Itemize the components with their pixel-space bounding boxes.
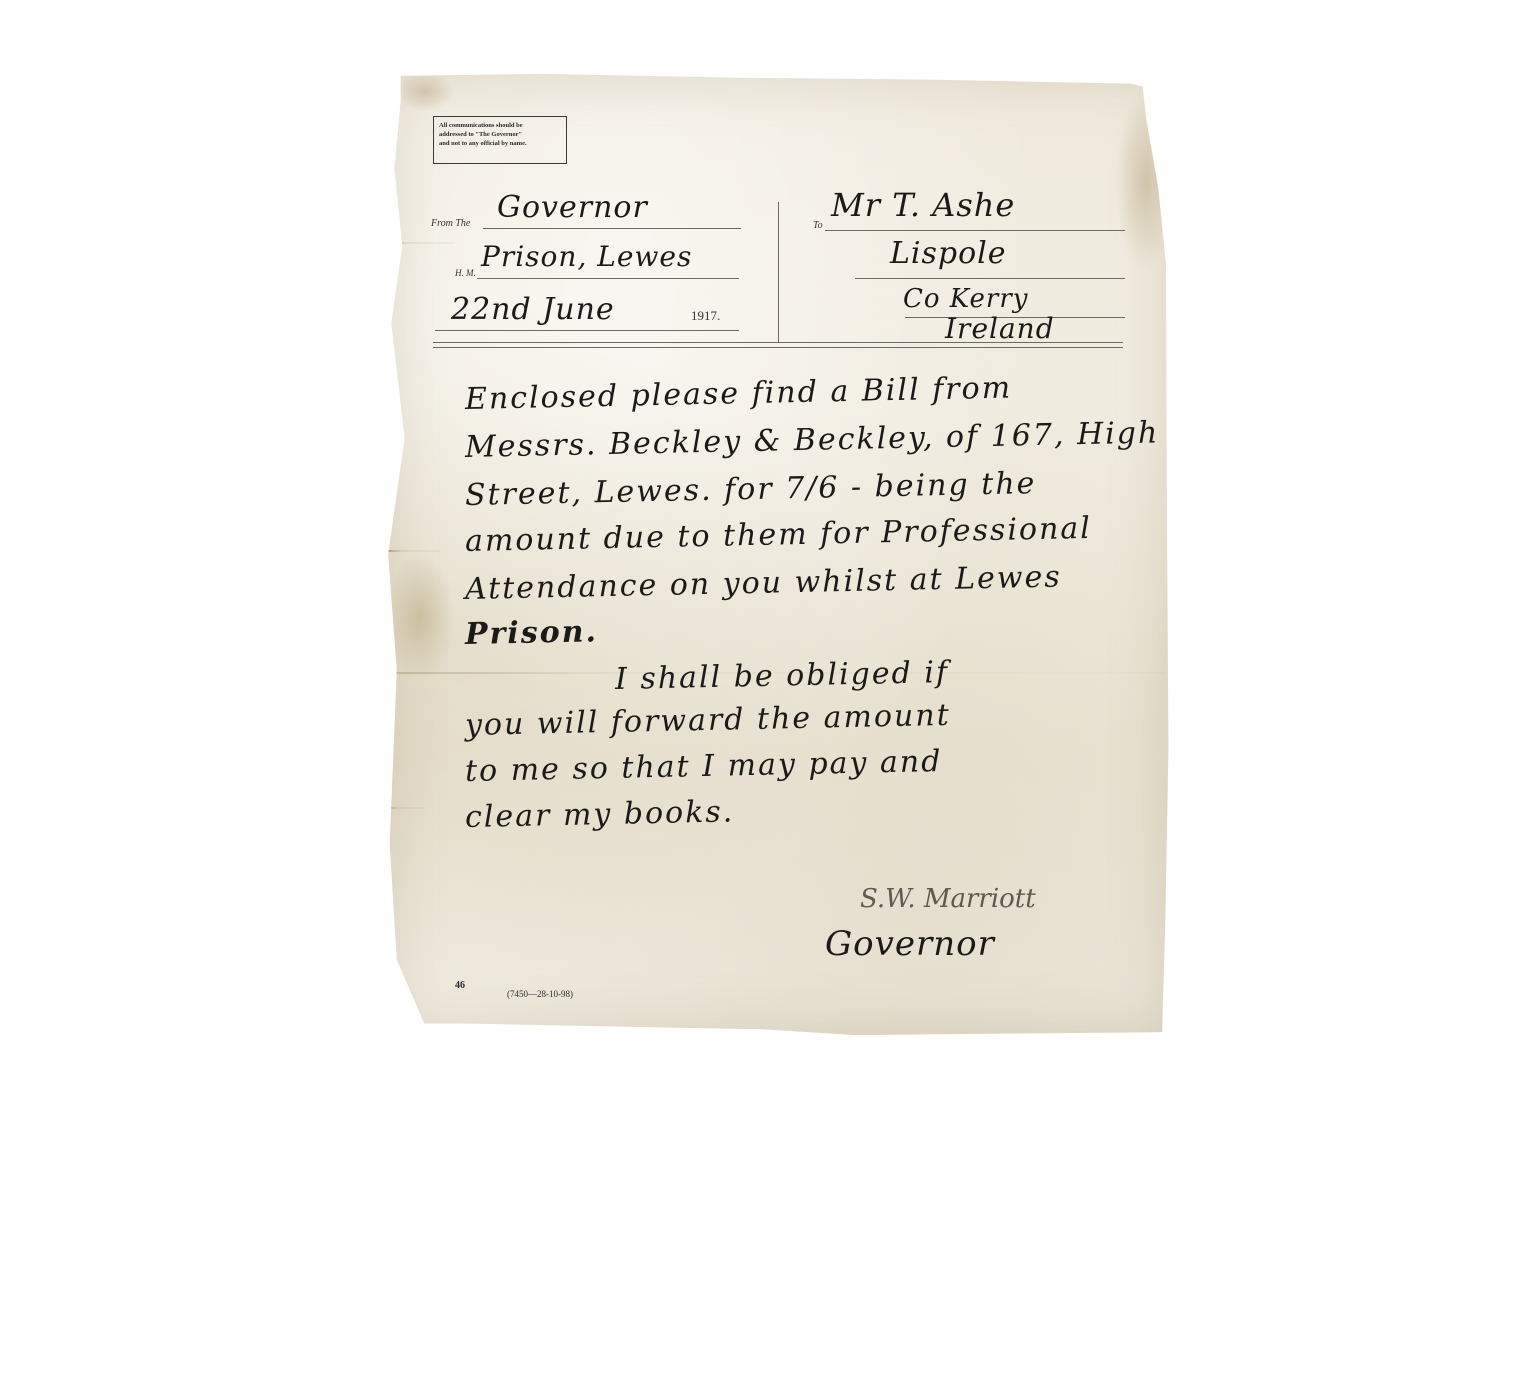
header-divider — [778, 202, 779, 342]
notice-box: All communications should be addressed t… — [433, 116, 567, 164]
paper-stain — [395, 72, 455, 112]
paper-crease — [385, 550, 440, 552]
institution-rule — [477, 278, 739, 279]
from-rule — [483, 228, 741, 229]
notice-line: All communications should be — [439, 121, 561, 130]
header-bottom-rule — [433, 342, 1123, 343]
letter-paper: All communications should be addressed t… — [385, 72, 1170, 1037]
recipient-address-line2: Co Kerry — [903, 284, 1028, 314]
to-label: To — [813, 220, 823, 231]
body-line: Prison. — [465, 614, 599, 652]
institution-value: Prison, Lewes — [481, 240, 692, 273]
print-code: (7450—28-10-98) — [507, 989, 573, 999]
body-line: to me so that I may pay and — [465, 744, 943, 789]
from-label: From The — [431, 218, 470, 229]
paper-crease — [385, 807, 425, 809]
paper-stain — [385, 552, 455, 682]
recipient-name-rule — [825, 230, 1125, 231]
body-line: Messrs. Beckley & Beckley, of 167, High — [465, 415, 1160, 465]
recipient-name: Mr T. Ashe — [831, 186, 1015, 224]
date-rule — [435, 330, 739, 331]
paper-crease — [385, 242, 455, 244]
body-line: amount due to them for Professional — [465, 511, 1093, 559]
body-line: Attendance on you whilst at Lewes — [465, 560, 1062, 607]
address-rule — [855, 278, 1125, 279]
notice-line: addressed to "The Governor" — [439, 130, 561, 139]
hm-label: H. M. — [455, 268, 476, 278]
form-number: 46 — [455, 980, 465, 991]
body-line: Street, Lewes. for 7/6 - being the — [465, 466, 1037, 513]
notice-line: and not to any official by name. — [439, 139, 561, 148]
body-line: I shall be obliged if — [615, 655, 950, 697]
year-printed: 1917. — [691, 308, 720, 324]
paper-stain — [1115, 92, 1175, 272]
body-line: you will forward the amount — [465, 698, 951, 743]
signature-title: Governor — [825, 924, 995, 964]
signature-name: S.W. Marriott — [860, 884, 1036, 914]
recipient-address-line1: Lispole — [890, 236, 1007, 271]
body-line: Enclosed please find a Bill from — [465, 371, 1013, 417]
date-value: 22nd June — [451, 292, 615, 327]
header-bottom-rule — [433, 347, 1123, 348]
from-value: Governor — [497, 190, 648, 225]
body-line: clear my books. — [465, 794, 735, 835]
recipient-address-line3: Ireland — [945, 312, 1055, 345]
